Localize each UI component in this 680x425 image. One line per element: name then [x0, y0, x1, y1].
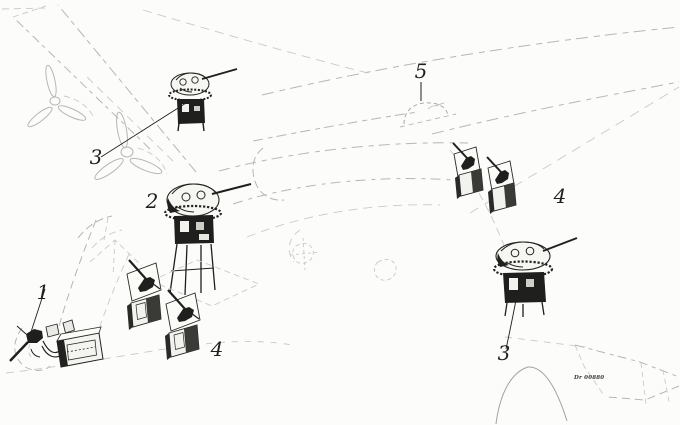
- callout-label-3-front: 3: [90, 145, 103, 169]
- mid-turret-gun-barrel: [212, 184, 251, 194]
- nose-spare-box-2: [63, 320, 75, 333]
- nose-gun-chute: [31, 349, 40, 357]
- mid-upper-turret: [151, 184, 259, 306]
- beam-gun-left-front: [127, 260, 161, 330]
- port-inner-propeller-sketch: [26, 65, 94, 130]
- callout-label-3-rear: 3: [498, 341, 511, 365]
- beam-gun-left-rear: [165, 290, 200, 360]
- callout-label-2: 2: [145, 189, 159, 213]
- front-turret-base: [177, 99, 205, 131]
- nose-gun-body: [26, 329, 43, 343]
- starboard-wing-sketch: [143, 10, 679, 213]
- tail-sketch: [496, 345, 679, 424]
- nose-spare-box-1: [46, 324, 59, 337]
- mid-turret-structure: [151, 215, 259, 306]
- callout-label-4-left: 4: [210, 337, 224, 361]
- tail-fin-arc: [496, 367, 567, 424]
- nose-ammo-box: [57, 327, 103, 367]
- astrodome: [400, 82, 456, 127]
- beam-gun-position-right-pair: [453, 143, 516, 214]
- nose-gun-installation: [10, 289, 103, 367]
- callout-leader-3-front: [101, 103, 186, 157]
- callout-label-5: 5: [415, 59, 428, 83]
- aircraft-outline-sketch: [2, 5, 679, 424]
- armament-diagram-page: 1 3: [0, 0, 680, 425]
- armament-diagram: 1 3: [0, 0, 680, 425]
- beam-gun-right-rear: [487, 157, 516, 214]
- drawing-number: Dr 00880: [573, 375, 604, 381]
- beam-gun-ammo-box: [165, 325, 199, 360]
- mid-turret-floor-outline: [151, 260, 259, 306]
- rear-turret: [494, 238, 577, 349]
- nose-gun-barrel: [10, 342, 28, 361]
- rear-turret-gun-barrel: [543, 238, 577, 251]
- rear-turret-structure: [503, 272, 546, 317]
- front-turret-gun-barrel: [202, 69, 237, 79]
- beam-gun-right-front: [453, 143, 483, 199]
- callout-label-4-right: 4: [553, 184, 567, 208]
- callout-label-1: 1: [37, 280, 50, 304]
- astrodome-base-line: [400, 114, 456, 127]
- starboard-engines-sketch: [290, 238, 396, 280]
